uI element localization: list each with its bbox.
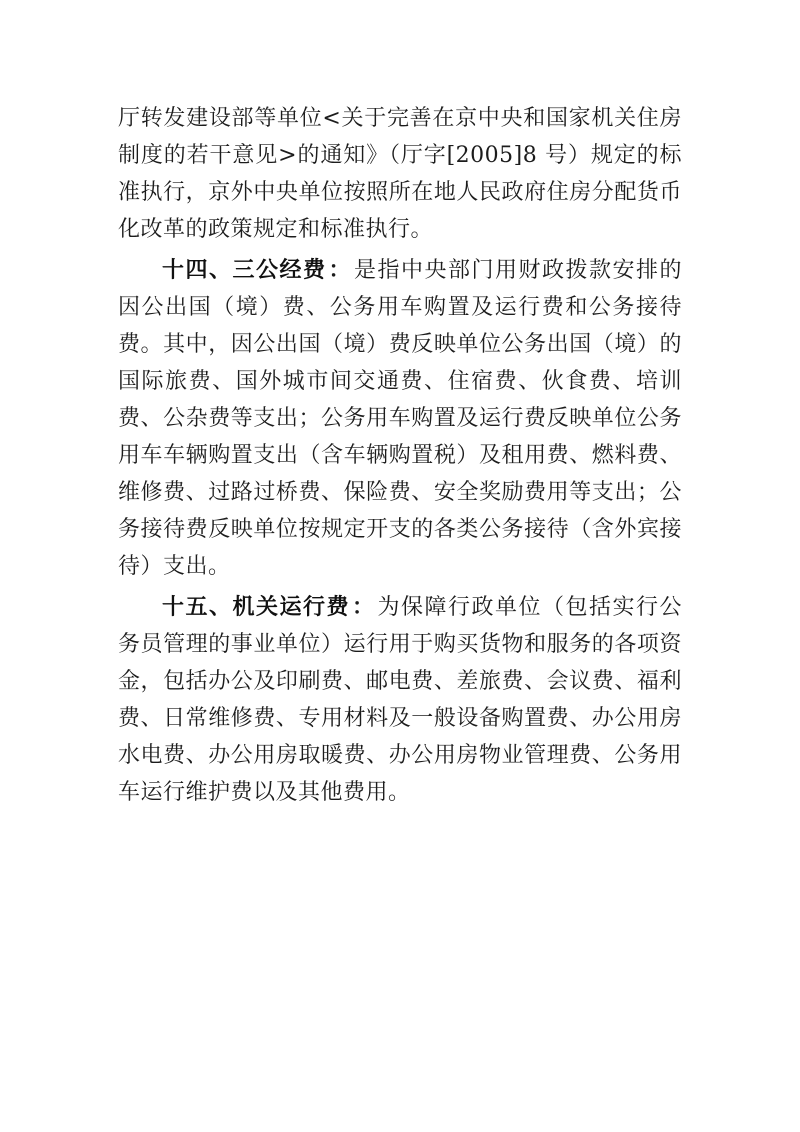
paragraph-term-14-three-public-expenses: 十四、三公经费：是指中央部门用财政拨款安排的因公出国（境）费、公务用车购置及运行… xyxy=(118,252,682,585)
term-15-heading: 十五、机关运行费 xyxy=(162,595,350,620)
paragraph-text: 为保障行政单位（包括实行公务员管理的事业单位）运行用于购买货物和服务的各项资金，… xyxy=(118,595,682,805)
document-page: 厅转发建设部等单位<关于完善在京中央和国家机关住房制度的若干意见>的通知》（厅字… xyxy=(0,0,800,1132)
term-15-colon: ： xyxy=(350,594,378,620)
term-14-colon: ： xyxy=(327,257,355,283)
paragraph-text: 厅转发建设部等单位<关于完善在京中央和国家机关住房制度的若干意见>的通知》（厅字… xyxy=(118,106,682,242)
paragraph-housing-policy-continuation: 厅转发建设部等单位<关于完善在京中央和国家机关住房制度的若干意见>的通知》（厅字… xyxy=(118,100,682,248)
paragraph-text: 是指中央部门用财政拨款安排的因公出国（境）费、公务用车购置及运行费和公务接待费。… xyxy=(118,258,682,579)
paragraph-term-15-agency-operating-expenses: 十五、机关运行费：为保障行政单位（包括实行公务员管理的事业单位）运行用于购买货物… xyxy=(118,589,682,811)
term-14-heading: 十四、三公经费 xyxy=(162,258,327,283)
